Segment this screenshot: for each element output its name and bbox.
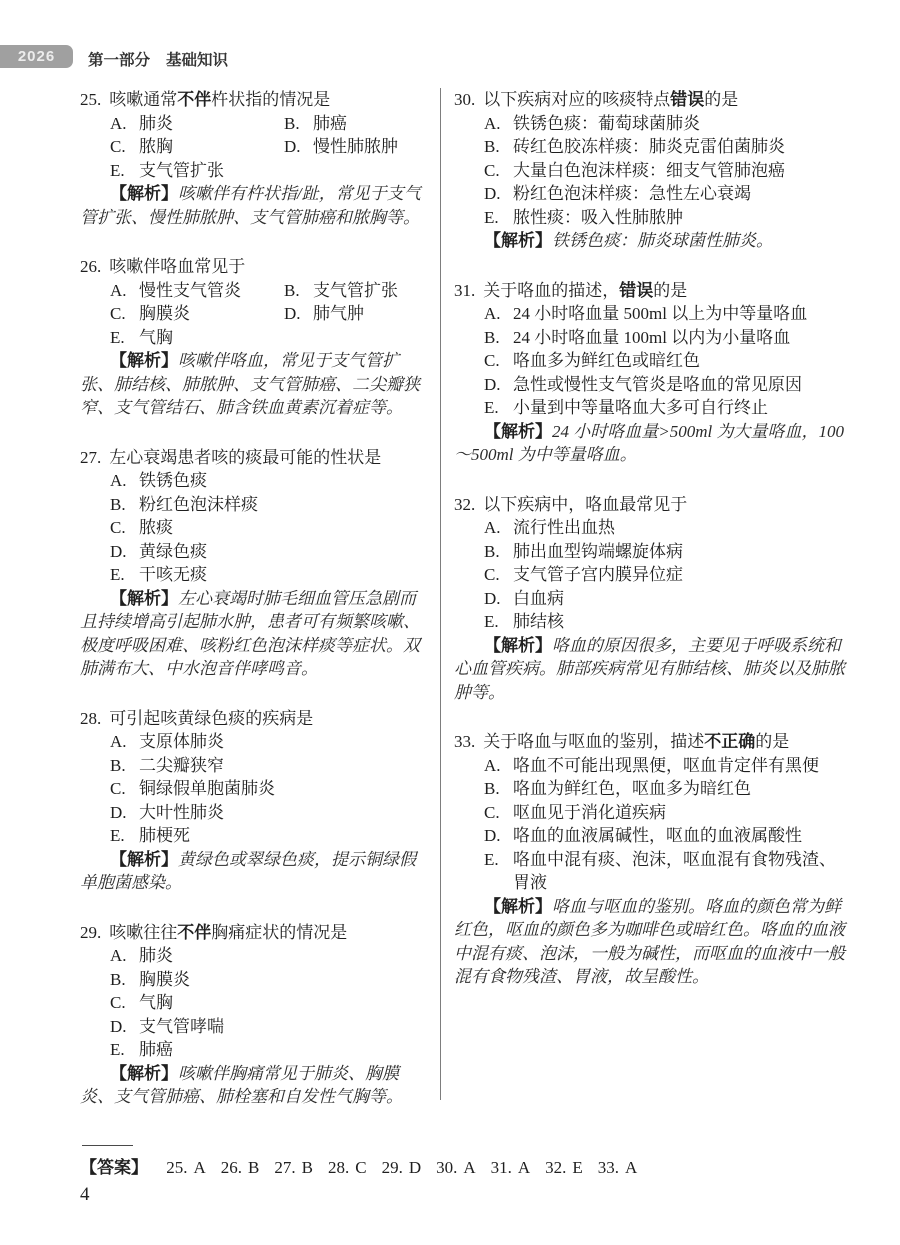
option-text: 咯血多为鲜红色或暗红色 [513, 349, 846, 373]
answer-letter: A [194, 1158, 206, 1177]
option-text: 脓痰 [139, 516, 432, 540]
year-badge: 2026 [0, 45, 73, 68]
analysis-paragraph: 【解析】咳嗽伴有杵状指/趾，常见于支气管扩张、慢性肺脓肿、支气管肺癌和脓胸等。 [80, 182, 432, 229]
option-C: C.气胸 [110, 991, 432, 1015]
answer-letter: B [302, 1158, 313, 1177]
option-label: B. [484, 540, 513, 564]
option-E: E.肺癌 [110, 1038, 432, 1062]
answer-item: 26.B [221, 1158, 260, 1177]
option-label: A. [110, 730, 139, 754]
option-text: 铁锈色痰：葡萄球菌肺炎 [513, 112, 846, 136]
option-text: 大叶性肺炎 [139, 801, 432, 825]
option-label: E. [484, 396, 513, 420]
stem-text: 关于咯血的描述， [483, 281, 619, 300]
question-stem: 30.以下疾病对应的咳痰特点错误的是 [454, 88, 846, 112]
option-label: D. [484, 587, 513, 611]
option-text: 脓性痰：吸入性肺脓肿 [513, 206, 846, 230]
stem-text: 的是 [653, 281, 687, 300]
option-text: 粉红色泡沫样痰 [139, 493, 432, 517]
stem-text: 的是 [704, 90, 738, 109]
option-B: B.粉红色泡沫样痰 [110, 493, 432, 517]
option-text: 流行性出血热 [513, 516, 846, 540]
option-label: D. [110, 801, 139, 825]
option-text: 慢性支气管炎 [139, 279, 284, 303]
answer-letter: E [572, 1158, 582, 1177]
option-label: A. [110, 469, 139, 493]
analysis-paragraph: 【解析】咯血的原因很多，主要见于呼吸系统和心血管疾病。肺部疾病常见有肺结核、肺炎… [454, 634, 846, 705]
option-label: E. [110, 1038, 139, 1062]
option-B: B.24 小时咯血量 100ml 以内为小量咯血 [484, 326, 846, 350]
option-C: C.大量白色泡沫样痰：细支气管肺泡癌 [484, 159, 846, 183]
option-E: E.脓性痰：吸入性肺脓肿 [484, 206, 846, 230]
analysis-label: 【解析】 [484, 897, 552, 916]
analysis-paragraph: 【解析】黄绿色或翠绿色痰，提示铜绿假单胞菌感染。 [80, 848, 432, 895]
option-E: E.小量到中等量咯血大多可自行终止 [484, 396, 846, 420]
stem-text: 以下疾病对应的咳痰特点 [483, 90, 670, 109]
option-A: A.24 小时咯血量 500ml 以上为中等量咯血 [484, 302, 846, 326]
stem-emphasis: 错误 [619, 281, 653, 300]
option-A: A.慢性支气管炎 [110, 279, 284, 303]
question-number: 32. [454, 495, 475, 514]
option-A: A.流行性出血热 [484, 516, 846, 540]
answer-question-number: 30. [436, 1158, 457, 1177]
question-number: 29. [80, 923, 101, 942]
option-D: D.支气管哮喘 [110, 1015, 432, 1039]
option-label: D. [484, 373, 513, 397]
option-label: E. [110, 326, 139, 350]
option-label: A. [484, 516, 513, 540]
stem-emphasis: 不正确 [704, 732, 755, 751]
option-text: 胸膜炎 [139, 968, 432, 992]
option-text: 肺癌 [313, 112, 432, 136]
option-D: D.急性或慢性支气管炎是咯血的常见原因 [484, 373, 846, 397]
option-text: 肺炎 [139, 112, 284, 136]
analysis-paragraph: 【解析】24 小时咯血量>500ml 为大量咯血，100～500ml 为中等量咯… [454, 420, 846, 467]
stem-text: 咳嗽伴咯血常见于 [109, 257, 245, 276]
option-B: B.胸膜炎 [110, 968, 432, 992]
option-label: D. [484, 824, 513, 848]
analysis-text: 铁锈色痰：肺炎球菌性肺炎。 [552, 231, 773, 250]
answer-item: 31.A [491, 1158, 531, 1177]
option-E: E.气胸 [110, 326, 284, 350]
option-C: C.铜绿假单胞菌肺炎 [110, 777, 432, 801]
question-stem: 27.左心衰竭患者咳的痰最可能的性状是 [80, 446, 432, 470]
option-A: A.肺炎 [110, 944, 432, 968]
option-label: B. [284, 112, 313, 136]
option-text: 支气管子宫内膜异位症 [513, 563, 846, 587]
option-label: E. [484, 610, 513, 634]
stem-text: 胸痛症状的情况是 [211, 923, 347, 942]
analysis-paragraph: 【解析】咳嗽伴咯血，常见于支气管扩张、肺结核、肺脓肿、支气管肺癌、二尖瓣狭窄、支… [80, 349, 432, 420]
analysis-label: 【解析】 [484, 231, 552, 250]
option-label: B. [484, 326, 513, 350]
answer-item: 32.E [545, 1158, 583, 1177]
option-E: E.支气管扩张 [110, 159, 284, 183]
answer-question-number: 26. [221, 1158, 242, 1177]
answers-label: 【答案】 [80, 1158, 148, 1177]
question-30: 30.以下疾病对应的咳痰特点错误的是A.铁锈色痰：葡萄球菌肺炎B.砖红色胶冻样痰… [454, 88, 846, 253]
option-D: D.大叶性肺炎 [110, 801, 432, 825]
answer-question-number: 28. [328, 1158, 349, 1177]
stem-text: 杵状指的情况是 [211, 90, 330, 109]
stem-text: 咳嗽往往 [109, 923, 177, 942]
option-text: 支气管扩张 [313, 279, 432, 303]
question-number: 25. [80, 90, 101, 109]
option-label: A. [110, 279, 139, 303]
stem-emphasis: 不伴 [177, 923, 211, 942]
option-text: 砖红色胶冻样痰：肺炎克雷伯菌肺炎 [513, 135, 846, 159]
question-number: 26. [80, 257, 101, 276]
option-label: B. [110, 968, 139, 992]
stem-text: 关于咯血与呕血的鉴别，描述 [483, 732, 704, 751]
options-list: A.铁锈色痰B.粉红色泡沫样痰C.脓痰D.黄绿色痰E.干咳无痰 [110, 469, 432, 587]
option-text: 咯血中混有痰、泡沫，呕血混有食物残渣、胃液 [513, 848, 846, 895]
option-label: A. [110, 944, 139, 968]
analysis-paragraph: 【解析】铁锈色痰：肺炎球菌性肺炎。 [454, 229, 846, 253]
question-29: 29.咳嗽往往不伴胸痛症状的情况是A.肺炎B.胸膜炎C.气胸D.支气管哮喘E.肺… [80, 921, 432, 1109]
analysis-label: 【解析】 [110, 589, 178, 608]
option-C: C.呕血见于消化道疾病 [484, 801, 846, 825]
question-number: 33. [454, 732, 475, 751]
option-D: D.粉红色泡沫样痰：急性左心衰竭 [484, 182, 846, 206]
option-label: C. [484, 801, 513, 825]
analysis-paragraph: 【解析】咯血与呕血的鉴别。咯血的颜色常为鲜红色，呕血的颜色多为咖啡色或暗红色。咯… [454, 895, 846, 989]
option-text: 支气管哮喘 [139, 1015, 432, 1039]
option-text: 气胸 [139, 326, 284, 350]
options-list: A.肺炎B.肺癌C.脓胸D.慢性肺脓肿E.支气管扩张 [110, 112, 432, 183]
option-text: 肺梗死 [139, 824, 432, 848]
option-label: A. [110, 112, 139, 136]
option-label: C. [484, 349, 513, 373]
option-text: 咯血不可能出现黑便，呕血肯定伴有黑便 [513, 754, 846, 778]
option-C: C.咯血多为鲜红色或暗红色 [484, 349, 846, 373]
options-list: A.24 小时咯血量 500ml 以上为中等量咯血B.24 小时咯血量 100m… [484, 302, 846, 420]
answer-question-number: 32. [545, 1158, 566, 1177]
answer-question-number: 27. [274, 1158, 295, 1177]
analysis-label: 【解析】 [110, 850, 178, 869]
option-D: D.肺气肿 [284, 302, 432, 326]
question-27: 27.左心衰竭患者咳的痰最可能的性状是A.铁锈色痰B.粉红色泡沫样痰C.脓痰D.… [80, 446, 432, 681]
answer-letter: D [409, 1158, 421, 1177]
options-list: A.支原体肺炎B.二尖瓣狭窄C.铜绿假单胞菌肺炎D.大叶性肺炎E.肺梗死 [110, 730, 432, 848]
analysis-label: 【解析】 [484, 422, 552, 441]
question-stem: 33.关于咯血与呕血的鉴别，描述不正确的是 [454, 730, 846, 754]
option-text: 干咳无痰 [139, 563, 432, 587]
option-text: 支原体肺炎 [139, 730, 432, 754]
option-label: A. [484, 754, 513, 778]
answer-letter: C [355, 1158, 366, 1177]
question-stem: 29.咳嗽往往不伴胸痛症状的情况是 [80, 921, 432, 945]
option-text: 咯血的血液属碱性，呕血的血液属酸性 [513, 824, 846, 848]
option-B: B.支气管扩张 [284, 279, 432, 303]
column-divider [440, 88, 441, 1100]
option-text: 二尖瓣狭窄 [139, 754, 432, 778]
answer-item: 25.A [166, 1158, 206, 1177]
option-text: 肺出血型钩端螺旋体病 [513, 540, 846, 564]
option-D: D.白血病 [484, 587, 846, 611]
option-A: A.支原体肺炎 [110, 730, 432, 754]
stem-text: 以下疾病中，咯血最常见于 [483, 495, 687, 514]
option-label: C. [110, 991, 139, 1015]
option-E: E.肺梗死 [110, 824, 432, 848]
option-B: B.肺出血型钩端螺旋体病 [484, 540, 846, 564]
question-33: 33.关于咯血与呕血的鉴别，描述不正确的是A.咯血不可能出现黑便，呕血肯定伴有黑… [454, 730, 846, 989]
option-B: B.砖红色胶冻样痰：肺炎克雷伯菌肺炎 [484, 135, 846, 159]
option-label: E. [110, 563, 139, 587]
question-26: 26.咳嗽伴咯血常见于A.慢性支气管炎B.支气管扩张C.胸膜炎D.肺气肿E.气胸… [80, 255, 432, 420]
option-label: D. [110, 1015, 139, 1039]
option-text: 肺癌 [139, 1038, 432, 1062]
option-text: 肺结核 [513, 610, 846, 634]
answer-item: 30.A [436, 1158, 476, 1177]
option-text: 呕血见于消化道疾病 [513, 801, 846, 825]
option-label: C. [110, 516, 139, 540]
option-D: D.慢性肺脓肿 [284, 135, 432, 159]
options-list: A.肺炎B.胸膜炎C.气胸D.支气管哮喘E.肺癌 [110, 944, 432, 1062]
option-label: E. [110, 824, 139, 848]
option-B: B.肺癌 [284, 112, 432, 136]
option-label: B. [110, 754, 139, 778]
analysis-label: 【解析】 [110, 351, 178, 370]
option-A: A.咯血不可能出现黑便，呕血肯定伴有黑便 [484, 754, 846, 778]
option-label: C. [484, 159, 513, 183]
option-D: D.黄绿色痰 [110, 540, 432, 564]
analysis-paragraph: 【解析】咳嗽伴胸痛常见于肺炎、胸膜炎、支气管肺癌、肺栓塞和自发性气胸等。 [80, 1062, 432, 1109]
stem-text: 可引起咳黄绿色痰的疾病是 [109, 709, 313, 728]
question-stem: 25.咳嗽通常不伴杵状指的情况是 [80, 88, 432, 112]
option-label: A. [484, 302, 513, 326]
option-label: E. [484, 206, 513, 230]
question-31: 31.关于咯血的描述，错误的是A.24 小时咯血量 500ml 以上为中等量咯血… [454, 279, 846, 467]
option-label: B. [284, 279, 313, 303]
answer-letter: A [463, 1158, 475, 1177]
question-stem: 32.以下疾病中，咯血最常见于 [454, 493, 846, 517]
question-28: 28.可引起咳黄绿色痰的疾病是A.支原体肺炎B.二尖瓣狭窄C.铜绿假单胞菌肺炎D… [80, 707, 432, 895]
answer-item: 28.C [328, 1158, 367, 1177]
answer-item: 33.A [598, 1158, 638, 1177]
options-list: A.铁锈色痰：葡萄球菌肺炎B.砖红色胶冻样痰：肺炎克雷伯菌肺炎C.大量白色泡沫样… [484, 112, 846, 230]
option-label: D. [484, 182, 513, 206]
option-text: 白血病 [513, 587, 846, 611]
page-number: 4 [80, 1184, 90, 1206]
option-text: 小量到中等量咯血大多可自行终止 [513, 396, 846, 420]
content-area: 25.咳嗽通常不伴杵状指的情况是A.肺炎B.肺癌C.脓胸D.慢性肺脓肿E.支气管… [80, 88, 846, 1109]
option-label: E. [110, 159, 139, 183]
option-label: C. [110, 135, 139, 159]
stem-emphasis: 错误 [670, 90, 704, 109]
option-label: D. [284, 135, 313, 159]
question-number: 28. [80, 709, 101, 728]
options-list: A.流行性出血热B.肺出血型钩端螺旋体病C.支气管子宫内膜异位症D.白血病E.肺… [484, 516, 846, 634]
option-label: B. [484, 135, 513, 159]
stem-text: 的是 [755, 732, 789, 751]
option-B: B.二尖瓣狭窄 [110, 754, 432, 778]
option-label: B. [484, 777, 513, 801]
header-section-label: 基础知识 [166, 52, 228, 69]
answer-question-number: 33. [598, 1158, 619, 1177]
option-C: C.支气管子宫内膜异位症 [484, 563, 846, 587]
option-label: C. [110, 777, 139, 801]
answer-question-number: 29. [382, 1158, 403, 1177]
option-D: D.咯血的血液属碱性，呕血的血液属酸性 [484, 824, 846, 848]
answer-item: 27.B [274, 1158, 313, 1177]
answer-question-number: 25. [166, 1158, 187, 1177]
question-number: 30. [454, 90, 475, 109]
left-column: 25.咳嗽通常不伴杵状指的情况是A.肺炎B.肺癌C.脓胸D.慢性肺脓肿E.支气管… [80, 88, 432, 1109]
question-number: 27. [80, 448, 101, 467]
option-A: A.铁锈色痰 [110, 469, 432, 493]
option-text: 大量白色泡沫样痰：细支气管肺泡癌 [513, 159, 846, 183]
answers-line: 【答案】 25.A26.B27.B28.C29.D30.A31.A32.E33.… [80, 1155, 860, 1181]
option-text: 肺炎 [139, 944, 432, 968]
option-label: D. [110, 540, 139, 564]
option-label: C. [110, 302, 139, 326]
question-stem: 28.可引起咳黄绿色痰的疾病是 [80, 707, 432, 731]
question-stem: 31.关于咯血的描述，错误的是 [454, 279, 846, 303]
option-text: 胸膜炎 [139, 302, 284, 326]
option-text: 24 小时咯血量 500ml 以上为中等量咯血 [513, 302, 846, 326]
option-A: A.铁锈色痰：葡萄球菌肺炎 [484, 112, 846, 136]
option-text: 支气管扩张 [139, 159, 284, 183]
option-label: D. [284, 302, 313, 326]
analysis-label: 【解析】 [110, 184, 178, 203]
option-E: E.干咳无痰 [110, 563, 432, 587]
question-stem: 26.咳嗽伴咯血常见于 [80, 255, 432, 279]
options-list: A.慢性支气管炎B.支气管扩张C.胸膜炎D.肺气肿E.气胸 [110, 279, 432, 350]
option-C: C.脓胸 [110, 135, 284, 159]
option-text: 气胸 [139, 991, 432, 1015]
option-text: 肺气肿 [313, 302, 432, 326]
analysis-label: 【解析】 [484, 636, 552, 655]
answers-separator-rule [82, 1145, 133, 1146]
answer-letter: A [518, 1158, 530, 1177]
option-C: C.胸膜炎 [110, 302, 284, 326]
right-column: 30.以下疾病对应的咳痰特点错误的是A.铁锈色痰：葡萄球菌肺炎B.砖红色胶冻样痰… [454, 88, 846, 989]
question-25: 25.咳嗽通常不伴杵状指的情况是A.肺炎B.肺癌C.脓胸D.慢性肺脓肿E.支气管… [80, 88, 432, 229]
answer-letter: B [248, 1158, 259, 1177]
option-E: E.咯血中混有痰、泡沫，呕血混有食物残渣、胃液 [484, 848, 846, 895]
analysis-paragraph: 【解析】左心衰竭时肺毛细血管压急剧而且持续增高引起肺水肿，患者可有频繁咳嗽、极度… [80, 587, 432, 681]
option-E: E.肺结核 [484, 610, 846, 634]
option-label: E. [484, 848, 513, 895]
option-A: A.肺炎 [110, 112, 284, 136]
header-part-label: 第一部分 [88, 52, 150, 69]
option-text: 铜绿假单胞菌肺炎 [139, 777, 432, 801]
question-32: 32.以下疾病中，咯血最常见于A.流行性出血热B.肺出血型钩端螺旋体病C.支气管… [454, 493, 846, 705]
analysis-label: 【解析】 [110, 1064, 178, 1083]
option-label: C. [484, 563, 513, 587]
option-text: 粉红色泡沫样痰：急性左心衰竭 [513, 182, 846, 206]
option-text: 铁锈色痰 [139, 469, 432, 493]
stem-emphasis: 不伴 [177, 90, 211, 109]
option-text: 急性或慢性支气管炎是咯血的常见原因 [513, 373, 846, 397]
option-text: 脓胸 [139, 135, 284, 159]
answer-question-number: 31. [491, 1158, 512, 1177]
answer-letter: A [625, 1158, 637, 1177]
option-label: B. [110, 493, 139, 517]
option-text: 24 小时咯血量 100ml 以内为小量咯血 [513, 326, 846, 350]
page-header: 第一部分基础知识 [88, 48, 228, 70]
option-label: A. [484, 112, 513, 136]
answer-item: 29.D [382, 1158, 422, 1177]
stem-text: 咳嗽通常 [109, 90, 177, 109]
option-B: B.咯血为鲜红色，呕血多为暗红色 [484, 777, 846, 801]
question-number: 31. [454, 281, 475, 300]
option-text: 黄绿色痰 [139, 540, 432, 564]
stem-text: 左心衰竭患者咳的痰最可能的性状是 [109, 448, 381, 467]
option-text: 咯血为鲜红色，呕血多为暗红色 [513, 777, 846, 801]
book-page: 2026 第一部分基础知识 25.咳嗽通常不伴杵状指的情况是A.肺炎B.肺癌C.… [0, 0, 900, 1245]
options-list: A.咯血不可能出现黑便，呕血肯定伴有黑便B.咯血为鲜红色，呕血多为暗红色C.呕血… [484, 754, 846, 895]
option-text: 慢性肺脓肿 [313, 135, 432, 159]
option-C: C.脓痰 [110, 516, 432, 540]
